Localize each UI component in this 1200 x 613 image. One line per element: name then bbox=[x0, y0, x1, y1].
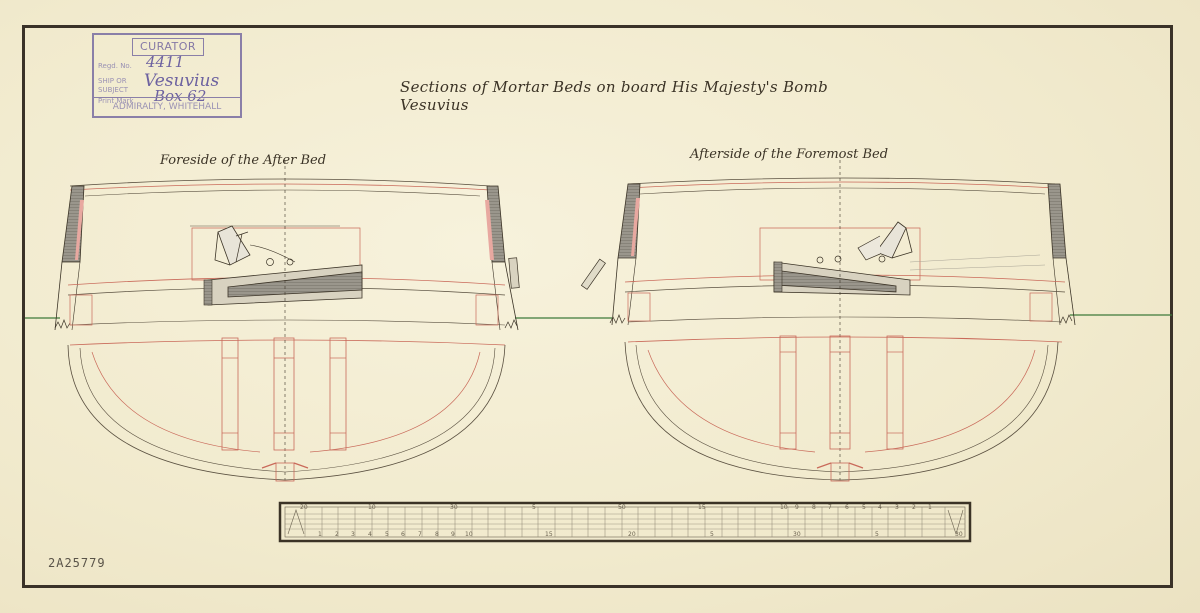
scale-bottom-labels: 1 2 3 4 5 6 7 8 9 10 15 20 5 30 5 30 bbox=[300, 531, 960, 539]
scale-label: 9 bbox=[451, 531, 455, 538]
scale-label: 4 bbox=[878, 504, 882, 511]
scale-label: 30 bbox=[955, 531, 963, 538]
scale-label: 10 bbox=[368, 504, 376, 511]
scale-label: 1 bbox=[318, 531, 322, 538]
scale-label: 7 bbox=[418, 531, 422, 538]
scale-label: 10 bbox=[780, 504, 788, 511]
mortar-after-bed bbox=[215, 226, 295, 266]
scale-label: 50 bbox=[618, 504, 626, 511]
scale-label: 3 bbox=[895, 504, 899, 511]
scale-label: 6 bbox=[845, 504, 849, 511]
scale-label: 30 bbox=[793, 531, 801, 538]
scale-label: 5 bbox=[710, 531, 714, 538]
scale-label: 5 bbox=[862, 504, 866, 511]
scale-label: 7 bbox=[828, 504, 832, 511]
scale-top-labels: 20 10 30 5 50 15 10 9 8 7 6 5 4 3 2 1 bbox=[300, 504, 940, 512]
scale-label: 9 bbox=[795, 504, 799, 511]
scale-label: 1 bbox=[928, 504, 932, 511]
scale-label: 15 bbox=[545, 531, 553, 538]
scale-label: 5 bbox=[875, 531, 879, 538]
scale-label: 2 bbox=[912, 504, 916, 511]
waterline bbox=[25, 315, 1172, 318]
section-foremost-bed bbox=[581, 160, 1075, 481]
scale-label: 20 bbox=[628, 531, 636, 538]
scale-label: 3 bbox=[351, 531, 355, 538]
hull-sections-drawing bbox=[0, 0, 1200, 613]
scale-label: 30 bbox=[450, 504, 458, 511]
scale-label: 15 bbox=[698, 504, 706, 511]
scale-label: 8 bbox=[812, 504, 816, 511]
scale-label: 5 bbox=[532, 504, 536, 511]
scale-label: 8 bbox=[435, 531, 439, 538]
scale-label: 2 bbox=[335, 531, 339, 538]
scale-label: 6 bbox=[401, 531, 405, 538]
scale-label: 20 bbox=[300, 504, 308, 511]
section-after-bed bbox=[55, 160, 519, 481]
scale-label: 4 bbox=[368, 531, 372, 538]
scale-label: 5 bbox=[385, 531, 389, 538]
scale-label: 10 bbox=[465, 531, 473, 538]
